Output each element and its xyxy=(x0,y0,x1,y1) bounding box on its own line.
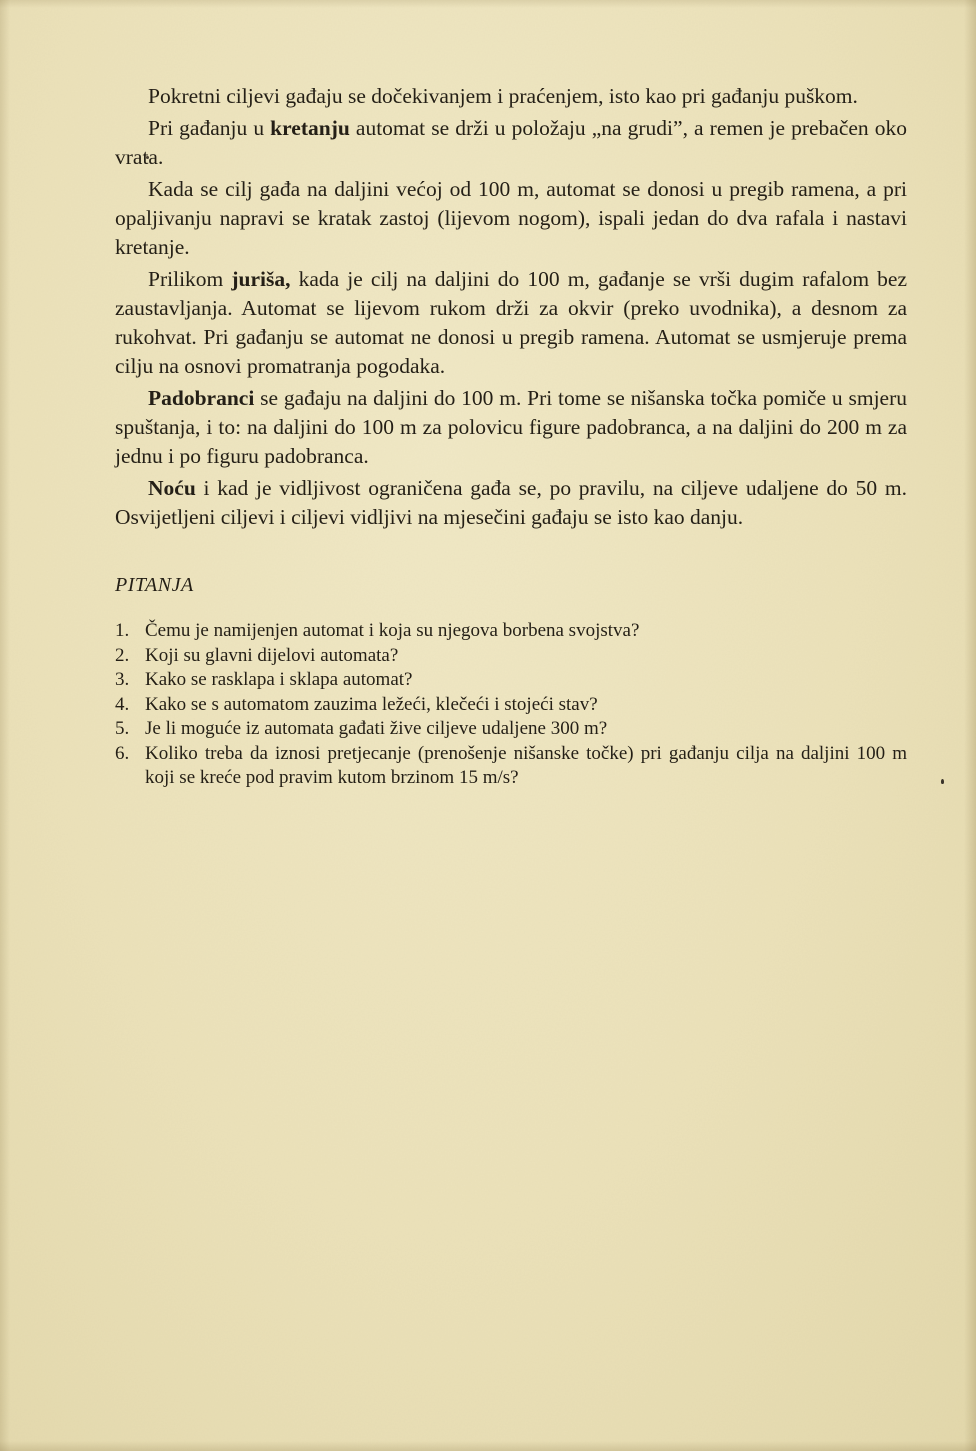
scanned-book-page: Pokretni ciljevi gađaju se dočekivanjem … xyxy=(0,0,976,1451)
question-text: Čemu je namijenjen automat i koja su nje… xyxy=(145,619,907,644)
paragraph-assault: Prilikom juriša, kada je cilj na daljini… xyxy=(115,265,907,381)
paragraph-night-firing: Noću i kad je vidljivost ograničena gađa… xyxy=(115,474,907,532)
question-number: 6. xyxy=(115,742,145,791)
paragraph-text: Pri gađanju u xyxy=(148,116,270,140)
questions-list: 1. Čemu je namijenjen automat i koja su … xyxy=(115,619,907,791)
question-item: 4. Kako se s automatom zauzima ležeći, k… xyxy=(115,693,907,718)
question-number: 4. xyxy=(115,693,145,718)
paragraph-text: Pokretni ciljevi gađaju se dočekivanjem … xyxy=(148,84,858,108)
paragraph-bold-text: kretanju xyxy=(270,116,350,140)
question-item: 2. Koji su glavni dijelovi automata? xyxy=(115,644,907,669)
scan-speck xyxy=(146,156,149,159)
paragraph-paratroopers: Padobranci se gađaju na daljini do 100 m… xyxy=(115,384,907,471)
question-number: 2. xyxy=(115,644,145,669)
paragraph-target-beyond-100m: Kada se cilj gađa na daljini većoj od 10… xyxy=(115,175,907,262)
body-paragraphs: Pokretni ciljevi gađaju se dočekivanjem … xyxy=(115,82,907,532)
question-item: 6. Koliko treba da iznosi pretjecanje (p… xyxy=(115,742,907,791)
paragraph-bold-text: juriša, xyxy=(231,267,290,291)
question-item: 5. Je li moguće iz automata gađati žive … xyxy=(115,717,907,742)
question-number: 3. xyxy=(115,668,145,693)
question-text: Je li moguće iz automata gađati žive cil… xyxy=(145,717,907,742)
paragraph-text: i kad je vidljivost ograničena gađa se, … xyxy=(115,476,907,529)
paragraph-bold-text: Padobranci xyxy=(148,386,254,410)
question-item: 1. Čemu je namijenjen automat i koja su … xyxy=(115,619,907,644)
paragraph-moving-targets: Pokretni ciljevi gađaju se dočekivanjem … xyxy=(115,82,907,111)
question-number: 5. xyxy=(115,717,145,742)
question-number: 1. xyxy=(115,619,145,644)
question-item: 3. Kako se rasklapa i sklapa automat? xyxy=(115,668,907,693)
question-text: Kako se s automatom zauzima ležeći, kleč… xyxy=(145,693,907,718)
question-text: Koji su glavni dijelovi automata? xyxy=(145,644,907,669)
question-text: Kako se rasklapa i sklapa automat? xyxy=(145,668,907,693)
paragraph-text: Kada se cilj gađa na daljini većoj od 10… xyxy=(115,177,907,259)
page-text-block: Pokretni ciljevi gađaju se dočekivanjem … xyxy=(115,82,907,791)
paragraph-firing-in-motion: Pri gađanju u kretanju automat se drži u… xyxy=(115,114,907,172)
paragraph-bold-text: Noću xyxy=(148,476,196,500)
scan-speck xyxy=(941,779,944,784)
question-text: Koliko treba da iznosi pretjecanje (pren… xyxy=(145,742,907,791)
questions-heading: PITANJA xyxy=(115,574,907,597)
paragraph-text: Prilikom xyxy=(148,267,231,291)
